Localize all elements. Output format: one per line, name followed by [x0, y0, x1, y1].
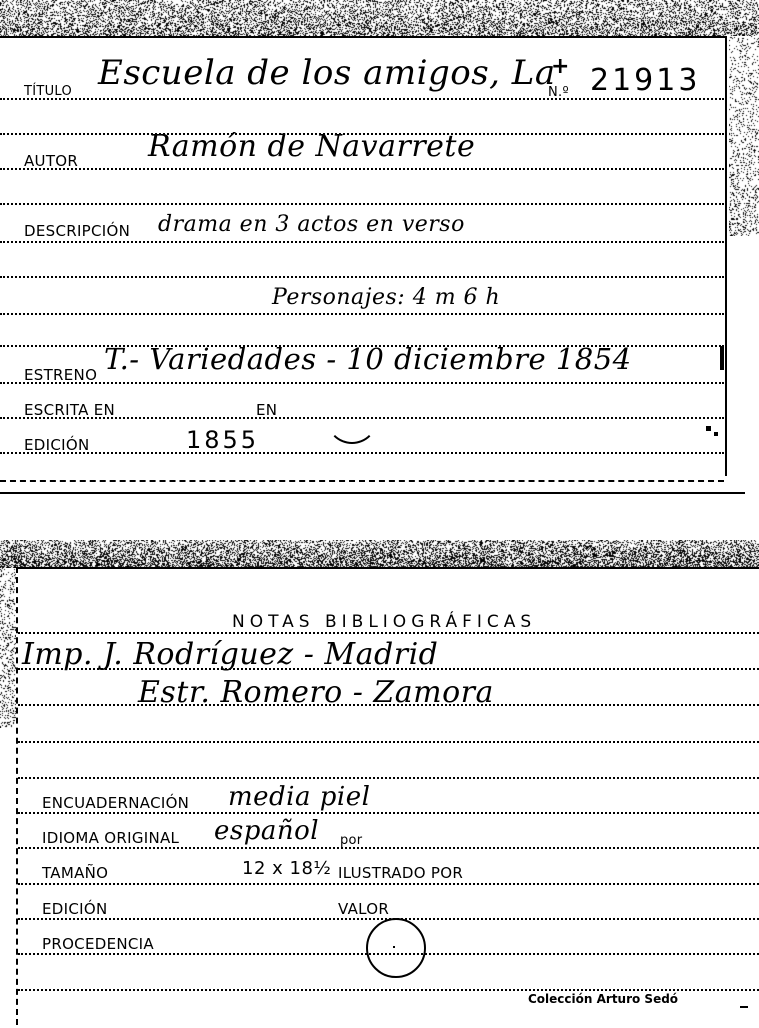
ruled-line — [0, 480, 724, 482]
stamp-center-dot — [393, 946, 395, 948]
titulo-ref-value: 21913 — [590, 66, 700, 96]
catalog-card-top: TÍTULO Escuela de los amigos, La N.º + 2… — [0, 0, 759, 500]
encuadernacion-label: ENCUADERNACIÓN — [42, 796, 189, 811]
descripcion-value: drama en 3 actos en verso — [158, 214, 465, 236]
scanned-edge-left — [0, 568, 16, 728]
ruled-line — [18, 847, 759, 849]
autor-value: Ramón de Navarrete — [148, 132, 475, 162]
ruled-line — [0, 98, 724, 100]
titulo-label: TÍTULO — [24, 85, 72, 98]
ruled-line — [0, 452, 724, 454]
scan-mark — [740, 1006, 748, 1008]
card-border-right — [725, 36, 727, 476]
library-stamp — [366, 918, 426, 978]
ruled-line — [18, 632, 759, 634]
collection-footer: Colección Arturo Sedó — [528, 992, 678, 1006]
cross-mark: + — [551, 54, 569, 79]
estreno-label: ESTRENO — [24, 368, 97, 383]
ruled-line — [0, 168, 724, 170]
ruled-line — [18, 741, 759, 743]
card-border-top — [16, 567, 759, 569]
library-stamp — [326, 392, 378, 444]
scan-mark — [706, 426, 711, 431]
ruled-line — [18, 883, 759, 885]
autor-label: AUTOR — [24, 154, 78, 169]
edicion-label: EDICIÓN — [24, 438, 89, 453]
ruled-line — [0, 203, 724, 205]
idioma-original-value: español — [214, 818, 319, 844]
notas-heading: NOTAS BIBLIOGRÁFICAS — [232, 612, 536, 632]
scan-mark — [714, 432, 718, 436]
card-cut-line — [0, 492, 745, 494]
ruled-line — [0, 382, 724, 384]
ilustrado-por-label: ILUSTRADO POR — [338, 866, 463, 881]
ruled-line — [18, 812, 759, 814]
card-border-left — [16, 567, 18, 1025]
ruled-line — [0, 313, 724, 315]
scanned-edge-top — [0, 540, 759, 568]
escrita-en-place-label: EN — [256, 403, 277, 418]
tamano-value: 12 x 18½ — [242, 860, 331, 878]
idioma-original-label: IDIOMA ORIGINAL — [42, 831, 179, 846]
card-border-top — [0, 36, 726, 38]
descripcion-label: DESCRIPCIÓN — [24, 224, 130, 239]
encuadernacion-value: media piel — [228, 784, 370, 810]
scanned-edge-top — [0, 0, 759, 36]
estreno-value: T.- Variedades - 10 diciembre 1854 — [104, 345, 632, 374]
tamano-label: TAMAÑO — [42, 866, 108, 881]
titulo-ref-label: N.º — [548, 86, 569, 99]
scanned-edge-right — [729, 36, 759, 236]
valor-label: VALOR — [338, 902, 389, 917]
scan-mark — [720, 346, 724, 370]
edicion-value: 1855 — [186, 428, 259, 452]
idioma-por-label: por — [340, 834, 362, 847]
note-line-1: Imp. J. Rodríguez - Madrid — [22, 640, 438, 670]
note-line-2: Estr. Romero - Zamora — [138, 678, 494, 708]
edicion-bib-label: EDICIÓN — [42, 902, 107, 917]
procedencia-label: PROCEDENCIA — [42, 937, 154, 952]
ruled-line — [18, 777, 759, 779]
descripcion-extra: Personajes: 4 m 6 h — [272, 287, 500, 309]
ruled-line — [0, 241, 724, 243]
ruled-line — [0, 276, 724, 278]
ruled-line — [18, 989, 759, 991]
titulo-value: Escuela de los amigos, La — [98, 56, 556, 90]
escrita-en-label: ESCRITA EN — [24, 403, 115, 418]
catalog-card-bottom: NOTAS BIBLIOGRÁFICAS Imp. J. Rodríguez -… — [0, 540, 759, 1028]
